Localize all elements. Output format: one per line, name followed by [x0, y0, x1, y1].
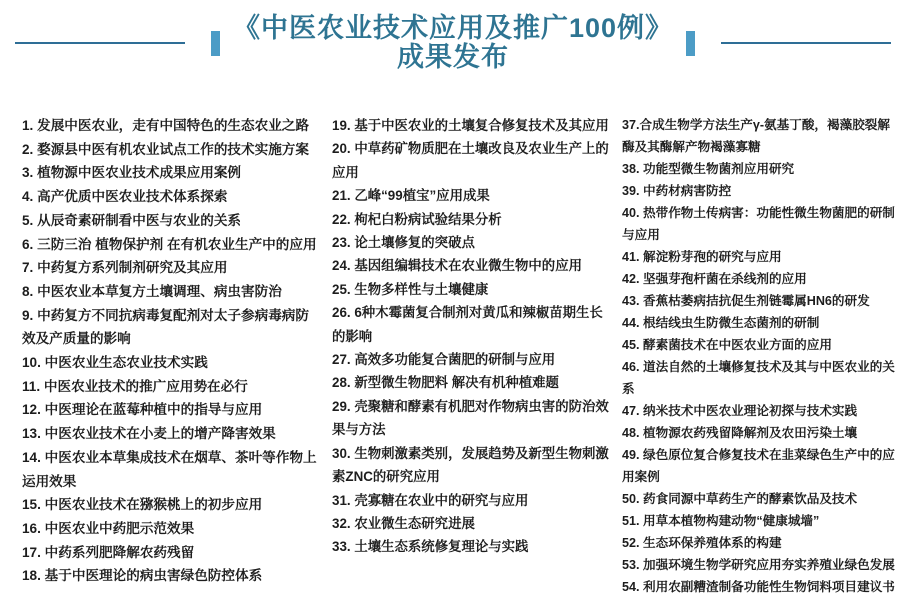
list-column-2: 19. 基于中医农业的土壤复合修复技术及其应用 20. 中草药矿物质肥在土壤改良…: [332, 114, 614, 559]
list-item: 26. 6种木霉菌复合制剂对黄瓜和辣椒苗期生长的影响: [332, 301, 614, 348]
list-item: 29. 壳聚糖和酵素有机肥对作物病虫害的防治效果与方法: [332, 395, 614, 442]
list-item: 44. 根结线虫生防微生态菌剂的研制: [622, 312, 902, 334]
list-item: 46. 道法自然的土壤修复技术及其与中医农业的关系: [622, 356, 902, 400]
list-item: 23. 论土壤修复的突破点: [332, 231, 614, 254]
list-item: 10. 中医农业生态农业技术实践: [22, 351, 320, 375]
list-item: 21. 乙峰“99植宝”应用成果: [332, 184, 614, 207]
list-item: 15. 中医农业技术在猕猴桃上的初步应用: [22, 493, 320, 517]
list-item: 42. 坚强芽孢杆菌在杀线剂的应用: [622, 268, 902, 290]
list-item: 28. 新型微生物肥料 解决有机种植难题: [332, 371, 614, 394]
list-item: 53. 加强环境生物学研究应用夯实养殖业绿色发展: [622, 554, 902, 576]
list-item: 31. 壳寡糖在农业中的研究与应用: [332, 489, 614, 512]
list-column-3: 37.合成生物学方法生产γ-氨基丁酸，褐藻胶裂解酶及其酶解产物褐藻寡糖 38. …: [622, 114, 902, 598]
left-accent-bar: [211, 31, 220, 56]
list-item: 38. 功能型微生物菌剂应用研究: [622, 158, 902, 180]
list-item: 47. 纳米技术中医农业理论初探与技术实践: [622, 400, 902, 422]
list-item: 45. 酵素菌技术在中医农业方面的应用: [622, 334, 902, 356]
title-line-1: 《中医农业技术应用及推广100例》: [233, 14, 673, 43]
list-item: 52. 生态环保养殖体系的构建: [622, 532, 902, 554]
list-item: 49. 绿色原位复合修复技术在韭菜绿色生产中的应用案例: [622, 444, 902, 488]
list-item: 6. 三防三治 植物保护剂 在有机农业生产中的应用: [22, 233, 320, 257]
list-item: 19. 基于中医农业的土壤复合修复技术及其应用: [332, 114, 614, 137]
list-item: 4. 高产优质中医农业技术体系探索: [22, 185, 320, 209]
list-item: 24. 基因组编辑技术在农业微生物中的应用: [332, 254, 614, 277]
list-item: 54. 利用农副糟渣制备功能性生物饲料项目建议书: [622, 576, 902, 598]
title-line-2: 成果发布: [233, 43, 673, 72]
list-item: 22. 枸杞白粉病试验结果分析: [332, 208, 614, 231]
list-item: 40. 热带作物土传病害：功能性微生物菌肥的研制与应用: [622, 202, 902, 246]
list-item: 16. 中医农业中药肥示范效果: [22, 517, 320, 541]
list-item: 41. 解淀粉芽孢的研究与应用: [622, 246, 902, 268]
list-item: 1. 发展中医农业，走有中国特色的生态农业之路: [22, 114, 320, 138]
list-item: 51. 用草本植物构建动物“健康城墙”: [622, 510, 902, 532]
list-item: 30. 生物刺激素类别，发展趋势及新型生物刺激素ZNC的研究应用: [332, 442, 614, 489]
list-item: 18. 基于中医理论的病虫害绿色防控体系: [22, 564, 320, 588]
right-rule: [721, 42, 891, 44]
list-item: 5. 从辰奇素研制看中医与农业的关系: [22, 209, 320, 233]
slide: 《中医农业技术应用及推广100例》 成果发布 1. 发展中医农业，走有中国特色的…: [0, 0, 906, 611]
list-item: 25. 生物多样性与土壤健康: [332, 278, 614, 301]
list-item: 2. 婺源县中医有机农业试点工作的技术实施方案: [22, 138, 320, 162]
list-item: 20. 中草药矿物质肥在土壤改良及农业生产上的应用: [332, 137, 614, 184]
left-rule: [15, 42, 185, 44]
list-item: 33. 土壤生态系统修复理论与实践: [332, 535, 614, 558]
right-accent-bar: [686, 31, 695, 56]
header: 《中医农业技术应用及推广100例》 成果发布: [0, 0, 906, 72]
list-item: 8. 中医农业本草复方土壤调理、病虫害防治: [22, 280, 320, 304]
list-item: 3. 植物源中医农业技术成果应用案例: [22, 161, 320, 185]
list-item: 48. 植物源农药残留降解剂及农田污染土壤: [622, 422, 902, 444]
list-item: 37.合成生物学方法生产γ-氨基丁酸，褐藻胶裂解酶及其酶解产物褐藻寡糖: [622, 114, 902, 158]
list-item: 14. 中医农业本草集成技术在烟草、茶叶等作物上运用效果: [22, 446, 320, 493]
list-item: 32. 农业微生态研究进展: [332, 512, 614, 535]
list-item: 17. 中药系列肥降解农药残留: [22, 541, 320, 565]
page-title: 《中医农业技术应用及推广100例》 成果发布: [233, 14, 673, 72]
list-item: 39. 中药材病害防控: [622, 180, 902, 202]
list-column-1: 1. 发展中医农业，走有中国特色的生态农业之路 2. 婺源县中医有机农业试点工作…: [22, 114, 320, 588]
list-item: 43. 香蕉枯萎病拮抗促生剂链霉属HN6的研发: [622, 290, 902, 312]
results-list: 1. 发展中医农业，走有中国特色的生态农业之路 2. 婺源县中医有机农业试点工作…: [0, 114, 906, 598]
list-item: 11. 中医农业技术的推广应用势在必行: [22, 375, 320, 399]
list-item: 7. 中药复方系列制剂研究及其应用: [22, 256, 320, 280]
list-item: 13. 中医农业技术在小麦上的增产降害效果: [22, 422, 320, 446]
list-item: 27. 高效多功能复合菌肥的研制与应用: [332, 348, 614, 371]
list-item: 9. 中药复方不同抗病毒复配剂对太子参病毒病防效及产质量的影响: [22, 304, 320, 351]
list-item: 50. 药食同源中草药生产的酵素饮品及技术: [622, 488, 902, 510]
list-item: 12. 中医理论在蓝莓种植中的指导与应用: [22, 398, 320, 422]
